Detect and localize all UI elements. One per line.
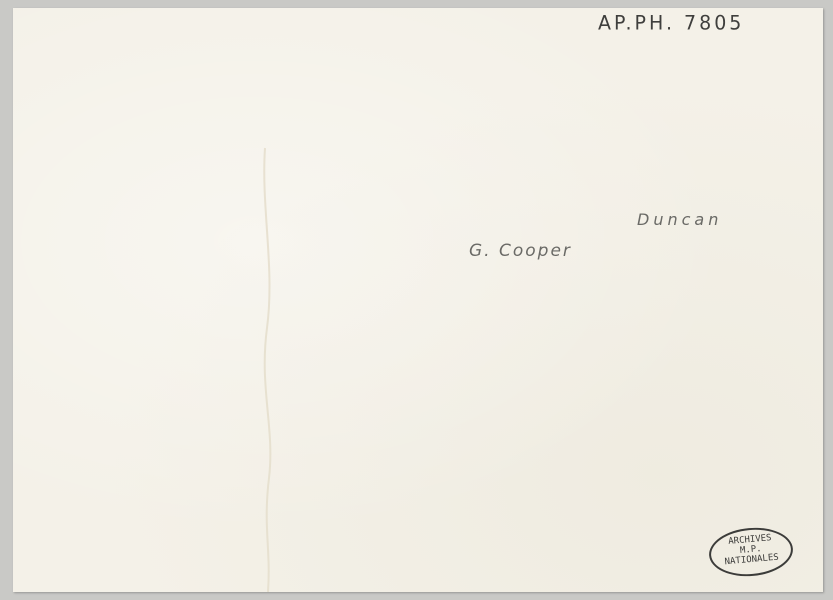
reference-number: AP.PH. 7805 xyxy=(598,11,744,34)
paper-crease xyxy=(13,8,823,592)
archives-stamp: ARCHIVES M.P. NATIONALES xyxy=(707,524,795,579)
handwritten-name-cooper: G. Cooper xyxy=(469,241,572,261)
photo-card-back: AP.PH. 7805 G. Cooper Duncan ARCHIVES M.… xyxy=(13,8,823,592)
handwritten-name-duncan: Duncan xyxy=(637,210,722,229)
